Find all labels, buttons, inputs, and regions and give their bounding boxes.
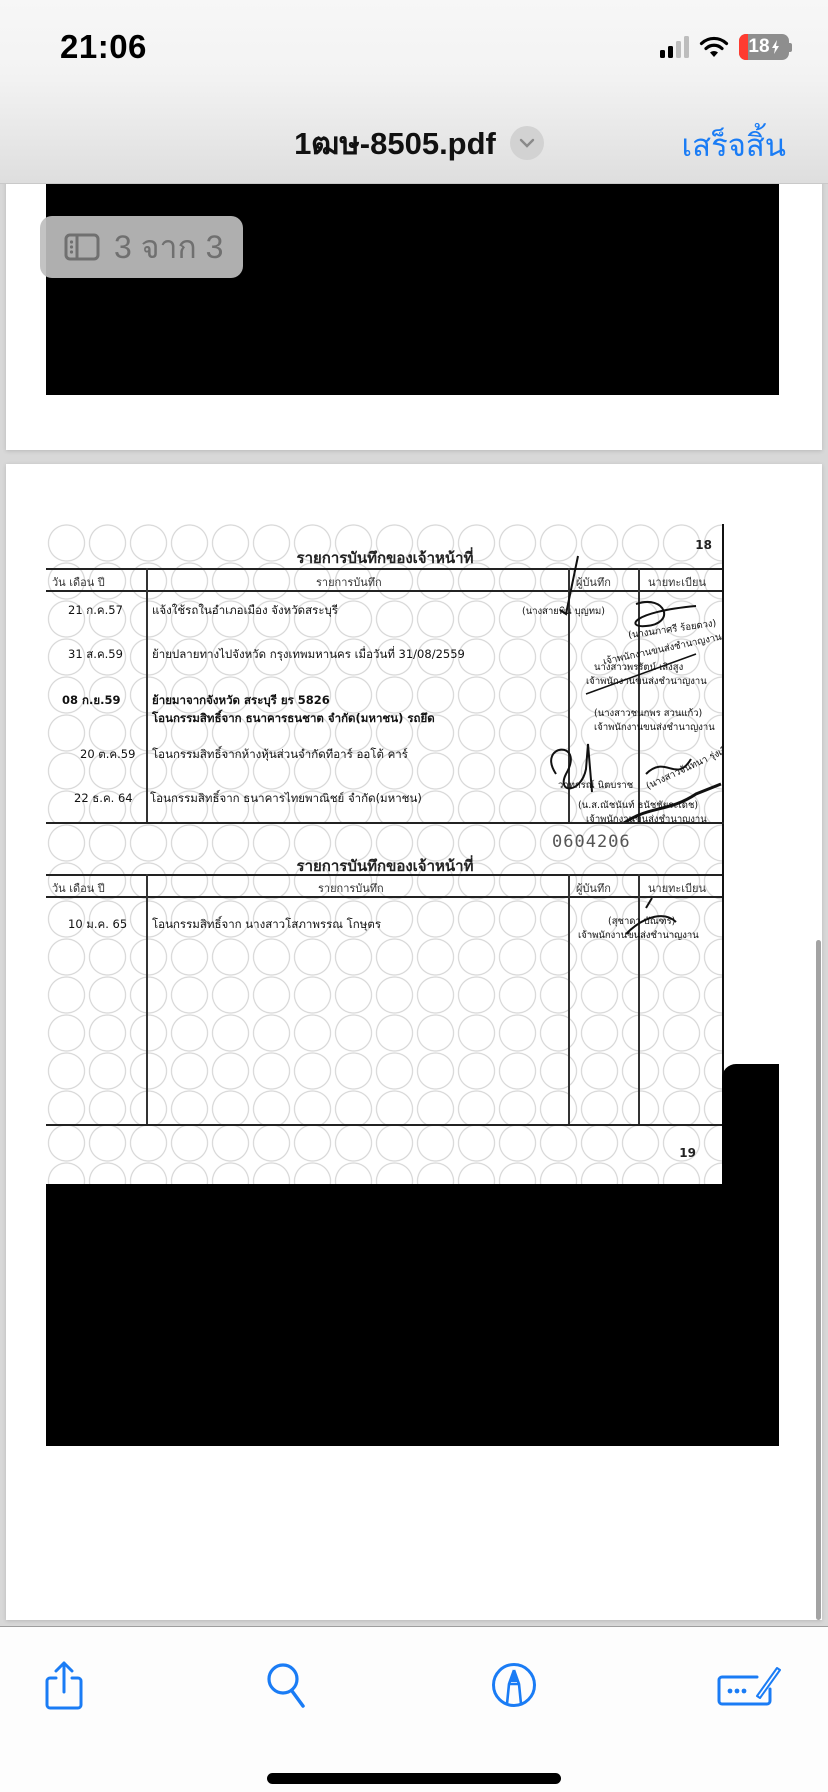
column-header-entry: รายการบันทึก xyxy=(318,879,384,897)
fill-and-sign-button[interactable] xyxy=(712,1655,788,1715)
pdf-page-3[interactable]: รายการบันทึกของเจ้าหน้าที่ 18 วัน เดือน … xyxy=(6,464,822,1620)
charging-bolt-icon xyxy=(771,40,780,54)
column-header-date: วัน เดือน ปี xyxy=(52,879,105,897)
redacted-black-area xyxy=(722,1064,779,1186)
form-lower-footer: 19 xyxy=(46,1124,724,1184)
battery-level: 18 xyxy=(748,36,769,58)
row-entry: โอนกรรมสิทธิ์จากห้างหุ้นส่วนจำกัดทีอาร์ … xyxy=(152,746,408,764)
battery-icon: 18 xyxy=(739,34,789,60)
serial-number: 0604206 xyxy=(552,832,631,852)
markup-button[interactable] xyxy=(484,1655,544,1715)
page-indicator-label: 3 จาก 3 xyxy=(114,222,223,273)
column-divider xyxy=(568,874,570,1124)
status-icons: 18 xyxy=(660,34,792,60)
pdf-viewer-screen: รายการบันทึกของเจ้าหน้าที่ 18 วัน เดือน … xyxy=(0,0,828,1792)
row-date: 08 ก.ย.59 xyxy=(62,692,120,710)
row-date: 21 ก.ค.57 xyxy=(68,602,123,620)
column-header-entry: รายการบันทึก xyxy=(316,573,382,591)
wifi-icon xyxy=(699,36,729,58)
column-divider xyxy=(146,568,148,824)
redacted-black-area xyxy=(46,1184,779,1446)
row-date: 10 ม.ค. 65 xyxy=(68,916,127,934)
page-number: 18 xyxy=(695,538,712,552)
row-entry: โอนกรรมสิทธิ์จาก นางสาวโสภาพรรณ โกษุตร xyxy=(152,916,381,934)
page-number: 19 xyxy=(679,1146,696,1160)
document-title: 1ฒษ-8505.pdf xyxy=(294,118,496,168)
cellular-signal-icon xyxy=(660,36,689,58)
status-time: 21:06 xyxy=(60,28,147,66)
navigation-bar: 21:06 18 1ฒษ-8505.pdf xyxy=(0,0,828,184)
markup-pen-icon xyxy=(491,1662,537,1708)
row-entry: ย้ายมาจากจังหวัด สระบุรี ยร 5826 xyxy=(152,692,330,710)
chevron-down-icon[interactable] xyxy=(510,126,544,160)
row-entry: โอนกรรมสิทธิ์จาก ธนาคารไทยพาณิชย์ จำกัด(… xyxy=(150,790,422,808)
signature-icon xyxy=(717,1663,783,1707)
column-divider xyxy=(146,874,148,1124)
handwritten-signatures xyxy=(526,554,724,824)
home-indicator[interactable] xyxy=(267,1773,561,1784)
scrollbar[interactable] xyxy=(816,940,821,1620)
row-date: 31 ส.ค.59 xyxy=(68,646,123,664)
pdf-page-2[interactable] xyxy=(6,150,822,450)
share-button[interactable] xyxy=(34,1655,94,1715)
handwritten-signatures xyxy=(606,864,724,944)
search-button[interactable] xyxy=(258,1655,318,1715)
divider xyxy=(46,1124,724,1126)
page-indicator[interactable]: 3 จาก 3 xyxy=(40,216,243,278)
bottom-toolbar xyxy=(0,1626,828,1792)
column-header-date: วัน เดือน ปี xyxy=(52,573,105,591)
share-icon xyxy=(44,1660,84,1710)
form-lower: 0604206 รายการบันทึกของเจ้าหน้าที่ วัน เ… xyxy=(46,824,724,1124)
battery-nub xyxy=(789,43,792,52)
done-button[interactable]: เสร็จสิ้น xyxy=(682,120,786,170)
form-upper: รายการบันทึกของเจ้าหน้าที่ 18 วัน เดือน … xyxy=(46,524,724,824)
sidebar-thumbnails-icon xyxy=(64,233,100,261)
row-date: 20 ต.ค.59 xyxy=(80,746,135,764)
row-entry: ย้ายปลายทางไปจังหวัด กรุงเทพมหานคร เมื่อ… xyxy=(152,646,465,664)
row-entry: โอนกรรมสิทธิ์จาก ธนาคารธนชาต จำกัด(มหาชน… xyxy=(152,710,435,728)
row-entry: แจ้งใช้รถในอำเภอเมือง จังหวัดสระบุรี xyxy=(152,602,338,620)
row-date: 22 ธ.ค. 64 xyxy=(74,790,133,808)
search-icon xyxy=(265,1661,311,1709)
